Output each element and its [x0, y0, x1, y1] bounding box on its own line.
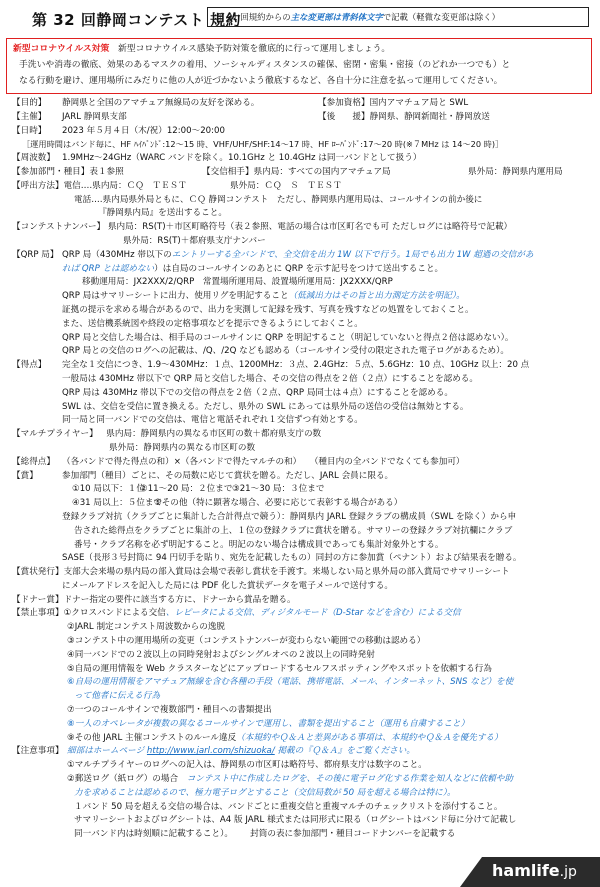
organizer-row: 【主催】JARL 静岡県支部 【後 援】静岡県、静岡新聞社・静岡放送 — [12, 111, 596, 125]
change-note-blue: 主な変更部は青斜体文字 — [291, 12, 383, 22]
qrp-l2: れば QRP とは認めない）は自局のコールサインのあとに QRP を示す記号をつ… — [12, 263, 596, 277]
prohibited-row: 【禁止事項】①クロスバンドによる交信、レピータによる交信、ディジタルモード（D-… — [12, 607, 596, 621]
datetime-note: ［運用時間はバンド毎に、HF ﾊｲﾊﾞﾝﾄﾞ:12～15 時、VHF/UHF/S… — [12, 138, 596, 152]
calling-cw-out: 県外局：ＣＱ Ｓ ＴＥＳＴ — [230, 180, 342, 194]
calling-phone2: 『静岡県内局』を送出すること。 — [12, 207, 596, 221]
award-r4: ④31 局以上：５位まで — [72, 498, 162, 508]
watermark-brand: hamlife — [492, 861, 560, 880]
category-row: 【参加部門・種目】表１参照 【交信相手】県内局：すべての国内アマチュア局 県外局… — [12, 166, 596, 180]
organizer-text: JARL 静岡県支部 — [62, 112, 127, 122]
award-label: 【賞】 — [12, 470, 62, 484]
datetime-text: 2023 年５月４日（木/祝）12:00～20:00 — [62, 126, 225, 136]
score-label: 【得点】 — [12, 359, 62, 373]
award-club2: 告された総得点をクラブごとに集計の上、１位の登録クラブに賞状を贈る。サマリーの登… — [12, 525, 596, 539]
rules-body: 【目的】静岡県と全国のアマチュア無線局の友好を深める。 【参加資格】国内アマチュ… — [12, 97, 596, 842]
donor-text: ドナー指定の要件に該当する方に、ドナーから賞品を贈る。 — [64, 595, 296, 605]
watermark-logo: hamlife.jp — [492, 861, 577, 882]
qrp-l4a: QRP 局はサマリーシートに出力、使用リグを明記すること — [62, 291, 289, 301]
prohibited-p1b: 、レピータによる交信、ディジタルモード（D-Star などを含む）による交信 — [166, 608, 461, 618]
award-r1: ①10 局以下：１位 — [72, 484, 145, 494]
prohibited-p1a: ①クロスバンドによる交信 — [64, 608, 166, 618]
qrp-label: 【QRP 局】 — [12, 249, 62, 263]
partner-outpref: 県外局：静岡県内運用局 — [468, 166, 563, 180]
qrp-l1a: QRP 局（430MHz 帯以下の — [62, 250, 172, 260]
notes-n5b: 封筒の表に参加部門・種目コードナンバーを記載する — [250, 829, 455, 839]
notes-n5: 同一バンド内は時刻順に記載すること）。 封筒の表に参加部門・種目コードナンバーを… — [12, 828, 596, 842]
category-text: 表１参照 — [89, 167, 123, 177]
number-label: 【コンテストナンバー】 — [12, 222, 105, 232]
calling-label: 【呼出方法】 — [12, 181, 64, 191]
notes-n1: ①マルチプライヤーのログへの記入は、静岡県の市区町は略符号、都府県支庁は数字のこ… — [12, 759, 596, 773]
category-label: 【参加部門・種目】 — [12, 167, 89, 177]
qrp-l6: また、送信機系統図や終段の定格事項などを提示できるようにしておくこと。 — [12, 318, 596, 332]
multiplier-inpref: 県内局：静岡県内の異なる市区町の数＋都府県支庁の数 — [106, 429, 321, 439]
award-ranks-1: ①10 局以下：１位 ②11～20 局：２位まで ③21～30 局：３位まで — [12, 483, 596, 497]
notes-row: 【注意事項】細部はホームページ http://www.jarl.com/shiz… — [12, 745, 596, 759]
award-club1: 登録クラブ対抗（クラブごとに集計した合計得点で競う）：静岡県内 JARL 登録ク… — [12, 511, 596, 525]
prohibited-p8: ⑧一人のオペレータが複数の異なるコールサインで運用し、書類を提出すること（運用も… — [12, 718, 596, 732]
prohibited-p3: ③コンテスト中の運用場所の変更（コンテストナンバーが変わらない範囲での移動は認め… — [12, 635, 596, 649]
calling-row: 【呼出方法】電信‥‥県内局：ＣＱ ＴＥＳＴ 県外局：ＣＱ Ｓ ＴＥＳＴ — [12, 180, 596, 194]
frequency-label: 【周波数】 — [12, 152, 62, 166]
multiplier-label: 【マルチプライヤー】 — [12, 429, 98, 439]
multiplier-row: 【マルチプライヤー】 県内局：静岡県内の異なる市区町の数＋都府県支庁の数 — [12, 428, 596, 442]
award-r2: ②11～20 局：２位まで — [140, 483, 232, 497]
certificate-label: 【賞状発行】 — [12, 567, 64, 577]
sponsor-label: 【後 援】 — [318, 112, 370, 122]
eligibility-label: 【参加資格】 — [318, 98, 370, 108]
covid-notice: 新型コロナウイルス対策 新型コロナウイルス感染予防対策を徹底的に行って運用しまし… — [6, 38, 592, 94]
qrp-l4: QRP 局はサマリーシートに出力、使用リグを明記すること（低減出力はその旨と出力… — [12, 290, 596, 304]
qrp-l7: QRP 局と交信した場合は、相手局のコールサインに QRP を明記すること（明記… — [12, 332, 596, 346]
partner-inpref: 県内局：すべての国内アマチュア局 — [254, 167, 391, 177]
score-l4: SWL は、交信を受信に置き換える。ただし、県外の SWL にあっては県外局の送… — [12, 401, 596, 415]
score-l2: 一般局は 430MHz 帯以下で QRP 局と交信した場合、その交信の得点を２倍… — [12, 373, 596, 387]
number-outpref: 県外局：RS(T)＋都府県支庁ナンバー — [12, 235, 596, 249]
number-inpref: 県内局：RS(T)＋市区町略符号（表２参照、電話の場合は市区町名でも可 ただしロ… — [108, 222, 512, 232]
prohibited-p4: ④同一バンドでの２波以上の同時発射およびシングルオペの２波以上の同時発射 — [12, 649, 596, 663]
award-club3: 番号・クラブ名称を必ず明記すること。明記のない場合は構成員であっても集計対象外と… — [12, 539, 596, 553]
notes-n5a: 同一バンド内は時刻順に記載すること）。 — [74, 829, 233, 839]
eligibility-text: 国内アマチュア局と SWL — [370, 98, 469, 108]
calling-cw: 電信‥‥県内局：ＣＱ ＴＥＳＴ — [64, 181, 187, 191]
prohibited-p2: ②JARL 制定コンテスト周波数からの逸脱 — [12, 621, 596, 635]
prohibited-p9b: （本規約やＱ＆Ａと差異がある事項は、本規約やＱ＆Ａを優先する） — [236, 733, 502, 743]
award-r5: ⑤その他（特に顕著な場合、必要に応じて表彰する場合がある） — [154, 497, 402, 511]
hamlife-watermark: hamlife.jp — [460, 857, 600, 887]
prohibited-p9: ⑨その他 JARL 主催コンテストのルール違反（本規約やＱ＆Ａと差異がある事項は… — [12, 732, 596, 746]
purpose-label: 【目的】 — [12, 97, 62, 111]
notes-n2b: コンテスト中に作成したログを、その後に電子ログ化する作業を知人などに依頼や助 — [187, 774, 513, 784]
score-l5: 同一局と同一バンドでの交信は、電信と電話それぞれ１交信ずつ有効とする。 — [12, 414, 596, 428]
score-l1: 完全な１交信につき、1.9～430MHz：１点、1200MHz：３点、2.4GH… — [62, 360, 529, 370]
notes-url-link[interactable]: http://www.jarl.com/shizuoka/ — [147, 746, 275, 756]
frequency-text: 1.9MHz～24GHz（WARC バンドを除く。10.1GHz と 10.4G… — [62, 153, 421, 163]
prohibited-p7: ⑦一つのコールサインで複数部門・種目への書類提出 — [12, 704, 596, 718]
prohibited-label: 【禁止事項】 — [12, 608, 64, 618]
notes-label: 【注意事項】 — [12, 745, 67, 759]
purpose-text: 静岡県と全国のアマチュア無線局の友好を深める。 — [62, 98, 259, 108]
award-sase: SASE（長形３号封筒に 94 円切手を貼り、宛先を記載したもの）同封の方に参加… — [12, 552, 596, 566]
qrp-l2b: ）は自局のコールサインのあとに QRP を示す記号をつけて送出すること。 — [154, 264, 443, 274]
certificate-row: 【賞状発行】支部大会来場の県内局の部入賞局は会場で表彰し賞状を手渡す。来場しない… — [12, 566, 596, 580]
qrp-l2a: れば QRP とは認めない — [62, 264, 154, 274]
notes-n4: サマリーシートおよびログシートは、A4 版 JARL 様式または同形式に限る（ロ… — [12, 814, 596, 828]
qrp-l5: 証拠の提示を求める場合があるので、出力を実測して記録を残す、写真を残すなどの処置… — [12, 304, 596, 318]
award-ranks-2: ④31 局以上：５位まで ⑤その他（特に顕著な場合、必要に応じて表彰する場合があ… — [12, 497, 596, 511]
score-row: 【得点】完全な１交信につき、1.9～430MHz：１点、1200MHz：３点、2… — [12, 359, 596, 373]
award-r3: ③21～30 局：３位まで — [232, 483, 324, 497]
covid-line2: 手洗いや消毒の徹底、効果のあるマスクの着用、ソーシャルディスタンスの確保、密閉・… — [13, 57, 591, 73]
award-row: 【賞】参加部門（種目）ごとに、その局数に応じて賞状を贈る。ただし、JARL 会員… — [12, 470, 596, 484]
total-text: （各バンドで得た得点の和）×（各バンドで得たマルチの和） — [62, 457, 301, 467]
number-row: 【コンテストナンバー】 県内局：RS(T)＋市区町略符号（表２参照、電話の場合は… — [12, 221, 596, 235]
change-note-suffix: で記載（軽微な変更部は除く） — [383, 12, 500, 22]
donor-row: 【ドナー賞】ドナー指定の要件に該当する方に、ドナーから賞品を贈る。 — [12, 594, 596, 608]
qrp-l3: 移動運用局：JX2XXX/2/QRP 常置場所運用局、設置場所運用局：JX2XX… — [12, 276, 596, 290]
qrp-l1b: エントリーする全バンドで、全交信を出力 1W 以下で行う。1局でも出力 1W 超… — [172, 250, 534, 260]
qrp-row: 【QRP 局】QRP 局（430MHz 帯以下のエントリーする全バンドで、全交信… — [12, 249, 596, 263]
covid-heading: 新型コロナウイルス対策 — [13, 44, 109, 54]
notes-intro-a: 細部はホームページ — [67, 746, 147, 756]
award-l1: 参加部門（種目）ごとに、その局数に応じて賞状を贈る。ただし、JARL 会員に限る… — [62, 471, 393, 481]
qrp-l4b: （低減出力はその旨と出力測定方法を明記）。 — [289, 291, 465, 301]
certificate-l2: にメールアドレスを記入した局には PDF 化した賞状データを電子メールで送付する… — [12, 580, 596, 594]
notes-intro-b: 掲載の『Ｑ＆Ａ』をご覧ください。 — [275, 746, 415, 756]
covid-line1: 新型コロナウイルス感染予防対策を徹底的に行って運用しましょう。 — [118, 44, 390, 54]
notes-n2a: ②郵送ログ（紙ログ）の場合 — [67, 774, 187, 784]
change-note: 第 31 回規約からの主な変更部は青斜体文字で記載（軽微な変更部は除く） — [207, 7, 589, 27]
certificate-l1: 支部大会来場の県内局の部入賞局は会場で表彰し賞状を手渡す。来場しない局と県外局の… — [64, 567, 510, 577]
covid-line3: なる行動を避け、運用場所にみだりに他の人が近づかないよう徹底するなど、各自十分に… — [13, 73, 591, 89]
sponsor-text: 静岡県、静岡新聞社・静岡放送 — [370, 112, 490, 122]
notes-n2: ②郵送ログ（紙ログ）の場合 コンテスト中に作成したログを、その後に電子ログ化する… — [12, 773, 596, 787]
prohibited-p6a: ⑥自局の運用情報をアマチュア無線を含む各種の手段（電話、携帯電話、メール、インタ… — [12, 676, 596, 690]
multiplier-outpref: 県外局：静岡県内の異なる市区町の数 — [12, 442, 596, 456]
purpose-row: 【目的】静岡県と全国のアマチュア無線局の友好を深める。 【参加資格】国内アマチュ… — [12, 97, 596, 111]
calling-phone: 電話‥‥県内局県外局ともに、ＣＱ 静岡コンテスト ただし、静岡県内運用局は、コー… — [12, 194, 596, 208]
total-label: 【総得点】 — [12, 456, 62, 470]
watermark-tld: .jp — [560, 864, 577, 880]
partner-label: 【交信相手】 — [202, 167, 254, 177]
organizer-label: 【主催】 — [12, 111, 62, 125]
notes-n2c: 力を求めることは認めるので、極力電子ログとすること（交信局数が 50 局を超える… — [12, 787, 596, 801]
score-l3: QRP 局は 430MHz 帯以下での交信の得点を２倍（２点、QRP 局同士は４… — [12, 387, 596, 401]
notes-n3: １バンド 50 局を超える交信の場合は、バンドごとに重複交信と重複マルチのチェッ… — [12, 801, 596, 815]
total-row: 【総得点】（各バンドで得た得点の和）×（各バンドで得たマルチの和） （種目内の全… — [12, 456, 596, 470]
donor-label: 【ドナー賞】 — [12, 595, 64, 605]
change-note-prefix: 第 31 回規約からの — [216, 12, 291, 22]
prohibited-p6b: って他者に伝える行為 — [12, 690, 596, 704]
prohibited-p9a: ⑨その他 JARL 主催コンテストのルール違反 — [67, 733, 236, 743]
total-note: （種目内の全バンドでなくても参加可） — [310, 457, 465, 467]
datetime-label: 【日時】 — [12, 125, 62, 139]
datetime-row: 【日時】2023 年５月４日（木/祝）12:00～20:00 — [12, 125, 596, 139]
qrp-l8: QRP 局との交信のログへの記載は、/Q、/2Q なども認める（コールサイン受付… — [12, 345, 596, 359]
prohibited-p5: ⑤自局の運用情報を Web クラスターなどにアップロードするセルフスポッティング… — [12, 663, 596, 677]
frequency-row: 【周波数】1.9MHz～24GHz（WARC バンドを除く。10.1GHz と … — [12, 152, 596, 166]
